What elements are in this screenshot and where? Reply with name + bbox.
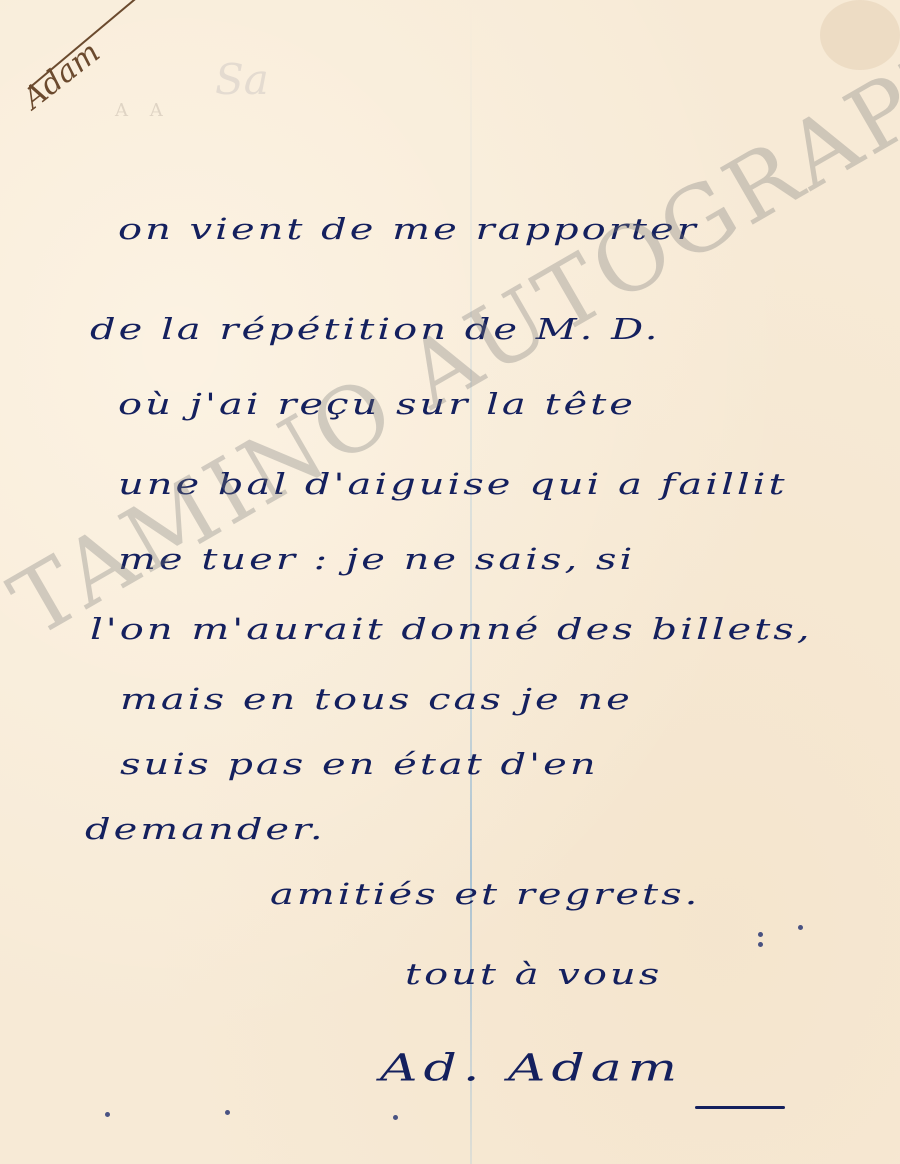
ink-blot: [798, 925, 803, 930]
letter-line-6: l'on m'aurait donné des billets,: [90, 613, 813, 646]
embossed-script-mark: Sa: [215, 55, 269, 104]
signature-flourish: [695, 1106, 785, 1109]
ink-blot: [105, 1112, 110, 1117]
ink-blot: [393, 1115, 398, 1120]
ink-blot: [225, 1110, 230, 1115]
letter-line-9: demander.: [85, 813, 326, 846]
letter-line-7: mais en tous cas je ne: [120, 683, 633, 716]
embossed-monogram: A A: [115, 100, 171, 121]
letter-line-8: suis pas en état d'en: [120, 748, 599, 781]
closing-line-1: amitiés et regrets.: [270, 878, 700, 911]
closing-line-2: tout à vous: [405, 958, 662, 991]
ink-blot: [758, 942, 763, 947]
ink-blot: [758, 932, 763, 937]
signature: Ad. Adam: [380, 1047, 683, 1090]
